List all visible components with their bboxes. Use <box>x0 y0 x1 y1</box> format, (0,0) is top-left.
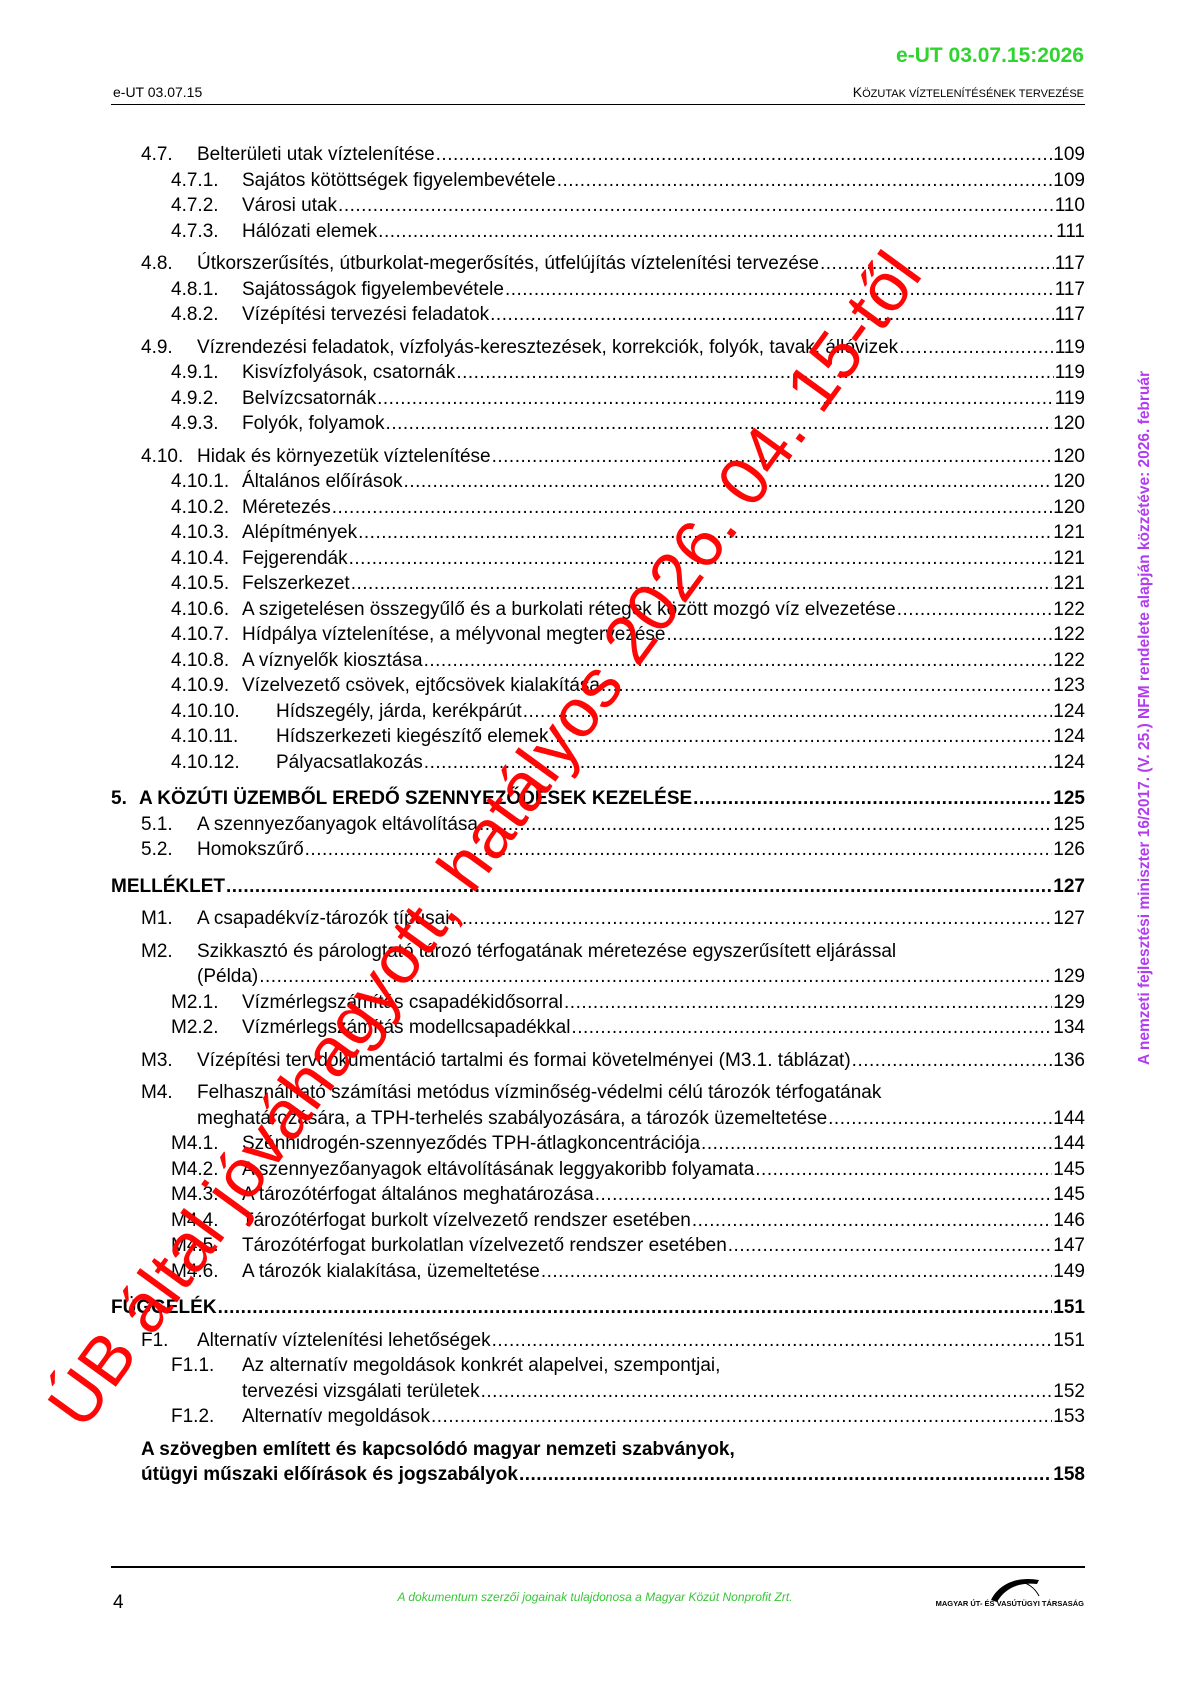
dot-leader <box>218 1295 1053 1321</box>
toc-entry-title: (Példa) <box>197 964 258 990</box>
toc-entry-title: Útkorszerűsítés, útburkolat-megerősítés,… <box>197 251 819 277</box>
dot-leader <box>450 906 1052 932</box>
toc-entry[interactable]: F1.1.Az alternatív megoldások konkrét al… <box>111 1353 1085 1379</box>
toc-entry[interactable]: M4.5.Tározótérfogat burkolatlan vízelvez… <box>111 1233 1085 1259</box>
toc-entry[interactable]: M3.Vízépítési tervdokumentáció tartalmi … <box>111 1048 1085 1074</box>
toc-entry[interactable]: FÜGGELÉK151 <box>111 1295 1085 1321</box>
dot-leader <box>549 724 1052 750</box>
toc-entry-title: Folyók, folyamok <box>242 411 385 437</box>
header-title-initial: K <box>853 84 862 100</box>
toc-entry-title: Tározótérfogat burkolatlan vízelvezető r… <box>242 1233 727 1259</box>
toc-entry-page: 121 <box>1053 571 1085 597</box>
toc-entry-number: 4.9.3. <box>171 411 242 437</box>
toc-entry[interactable]: 4.9.2.Belvízcsatornák119 <box>111 386 1085 412</box>
dot-leader <box>505 277 1054 303</box>
toc-entry-number: 4.8.2. <box>171 302 242 328</box>
footer-rule <box>111 1566 1085 1568</box>
toc-entry[interactable]: F1.Alternatív víztelenítési lehetőségek1… <box>111 1328 1085 1354</box>
toc-entry-number: 4.8.1. <box>171 277 242 303</box>
toc-entry-number: 4.10.7. <box>171 622 242 648</box>
dot-leader <box>897 597 1053 623</box>
dot-leader <box>828 1106 1052 1132</box>
toc-entry-page: 136 <box>1053 1048 1085 1074</box>
toc-entry-number: M4. <box>141 1080 197 1106</box>
toc-entry-number: 4.7.2. <box>171 193 242 219</box>
toc-entry-number: 4.7. <box>141 142 197 168</box>
toc-entry-number: 4.10.4. <box>171 546 242 572</box>
toc-entry-page: 147 <box>1053 1233 1085 1259</box>
dot-leader <box>424 648 1053 674</box>
toc-entry-page: 151 <box>1053 1295 1085 1321</box>
toc-entry-page: 153 <box>1053 1404 1085 1430</box>
publication-side-note: A nemzeti fejlesztési miniszter 16/2017.… <box>1136 371 1154 1065</box>
dot-leader <box>571 1015 1052 1041</box>
toc-entry-page: 134 <box>1053 1015 1085 1041</box>
toc-entry-number: 4.10.3. <box>171 520 242 546</box>
toc-entry[interactable]: M1.A csapadékvíz-tározók típusai127 <box>111 906 1085 932</box>
toc-entry-page: 122 <box>1053 597 1085 623</box>
toc-entry-number: 4.7.1. <box>171 168 242 194</box>
toc-entry-title: Fejgerendák <box>242 546 348 572</box>
dot-leader <box>226 874 1052 900</box>
toc-entry-title: Általános előírások <box>242 469 403 495</box>
toc-entry-number: M2.2. <box>171 1015 242 1041</box>
dot-leader <box>601 673 1052 699</box>
toc-entry-number: M2. <box>141 939 197 965</box>
dot-leader <box>305 837 1053 863</box>
header-left-code: e-UT 03.07.15 <box>113 84 202 100</box>
toc-entry[interactable]: 4.9.3.Folyók, folyamok120 <box>111 411 1085 437</box>
dot-leader <box>692 1208 1052 1234</box>
toc-entry-page: 125 <box>1053 786 1085 812</box>
toc-entry-number: 4.10.5. <box>171 571 242 597</box>
dot-leader <box>456 360 1053 386</box>
toc-entry-page: 121 <box>1053 520 1085 546</box>
toc-entry[interactable]: 4.10.5.Felszerkezet121 <box>111 571 1085 597</box>
toc-entry-title: Belvízcsatornák <box>242 386 376 412</box>
toc-entry-title: Alternatív víztelenítési lehetőségek <box>197 1328 491 1354</box>
toc-entry-page: 125 <box>1053 812 1085 838</box>
toc-entry[interactable]: F1.2.Alternatív megoldások153 <box>111 1404 1085 1430</box>
toc-entry-page: 109 <box>1053 168 1085 194</box>
toc-entry-title: Szikkasztó és párologtató tározó térfoga… <box>197 939 896 965</box>
dot-leader <box>701 1131 1052 1157</box>
toc-entry-title: Sajátosságok figyelembevétele <box>242 277 504 303</box>
toc-entry-title: Sajátos kötöttségek figyelembevétele <box>242 168 556 194</box>
toc-entry-page: 123 <box>1053 673 1085 699</box>
toc-entry[interactable]: 5.2.Homokszűrő126 <box>111 837 1085 863</box>
toc-entry-title: Tározótérfogat burkolt vízelvezető rends… <box>242 1208 691 1234</box>
logo-text: MAGYAR ÚT- ÉS VASÚTÜGYI TÁRSASÁG <box>936 1599 1084 1608</box>
toc-entry[interactable]: 4.7.1.Sajátos kötöttségek figyelembevéte… <box>111 168 1085 194</box>
toc-entry-title: Hídszegély, járda, kerékpárút <box>276 699 522 725</box>
publisher-logo: MAGYAR ÚT- ÉS VASÚTÜGYI TÁRSASÁG <box>934 1574 1084 1614</box>
toc-entry-title: Homokszűrő <box>197 837 304 863</box>
dot-leader <box>595 1182 1053 1208</box>
toc-entry-page: 117 <box>1055 251 1085 277</box>
standard-code: e-UT 03.07.15:2026 <box>896 44 1084 68</box>
toc-entry[interactable]: (Példa)129 <box>111 964 1085 990</box>
toc-entry-page: 111 <box>1056 219 1085 245</box>
toc-entry[interactable]: tervezési vizsgálati területek152 <box>111 1379 1085 1405</box>
toc-entry-page: 129 <box>1053 964 1085 990</box>
toc-entry-number: F1.2. <box>171 1404 242 1430</box>
toc-entry-number: M3. <box>141 1048 197 1074</box>
toc-entry-page: 144 <box>1053 1131 1085 1157</box>
toc-entry-number: 4.10. <box>141 444 197 470</box>
toc-entry[interactable]: 4.10.2.Méretezés120 <box>111 495 1085 521</box>
toc-entry-title: MELLÉKLET <box>111 874 225 900</box>
toc-entry-title: A szennyezőanyagok eltávolítása <box>197 812 478 838</box>
toc-entry-page: 151 <box>1053 1328 1085 1354</box>
toc-entry-page: 109 <box>1053 142 1085 168</box>
toc-entry-title: útügyi műszaki előírások és jogszabályok <box>141 1462 518 1488</box>
table-of-contents: 4.7.Belterületi utak víztelenítése1094.7… <box>111 142 1085 1488</box>
dot-leader <box>492 1328 1053 1354</box>
toc-entry-page: 119 <box>1055 335 1085 361</box>
toc-entry[interactable]: 4.8.1.Sajátosságok figyelembevétele117 <box>111 277 1085 303</box>
toc-entry-title: Méretezés <box>242 495 331 521</box>
toc-entry-number: 5. <box>111 786 139 812</box>
dot-leader <box>338 193 1054 219</box>
toc-entry[interactable]: 4.10.Hidak és környezetük víztelenítése1… <box>111 444 1085 470</box>
toc-entry-page: 145 <box>1053 1182 1085 1208</box>
dot-leader <box>431 1404 1052 1430</box>
toc-entry-page: 127 <box>1053 874 1085 900</box>
toc-entry-number: 5.2. <box>141 837 197 863</box>
toc-entry[interactable]: A szövegben említett és kapcsolódó magya… <box>111 1437 1085 1463</box>
toc-entry-page: 120 <box>1053 469 1085 495</box>
toc-entry[interactable]: 4.9.1.Kisvízfolyások, csatornák119 <box>111 360 1085 386</box>
toc-entry-number: M2.1. <box>171 990 242 1016</box>
toc-entry-title: tervezési vizsgálati területek <box>242 1379 480 1405</box>
toc-entry-number: F1.1. <box>171 1353 242 1379</box>
toc-entry[interactable]: 4.8.2.Vízépítési tervezési feladatok117 <box>111 302 1085 328</box>
toc-entry-number: 4.10.8. <box>171 648 242 674</box>
toc-entry-number: 4.10.6. <box>171 597 242 623</box>
toc-entry-title: Alternatív megoldások <box>242 1404 430 1430</box>
toc-entry-title: Kisvízfolyások, csatornák <box>242 360 455 386</box>
toc-entry[interactable]: 4.10.12.Pályacsatlakozás124 <box>111 750 1085 776</box>
toc-entry-number: 4.10.1. <box>171 469 242 495</box>
header-document-title: KÖZUTAK VÍZTELENÍTÉSÉNEK TERVEZÉSE <box>853 84 1084 100</box>
toc-entry-number: 4.10.10. <box>171 699 276 725</box>
toc-entry[interactable]: 4.10.4.Fejgerendák121 <box>111 546 1085 572</box>
toc-entry-page: 124 <box>1053 699 1085 725</box>
toc-entry-title: A szennyezőanyagok eltávolításának leggy… <box>242 1157 754 1183</box>
dot-leader <box>377 386 1054 412</box>
toc-entry-title: Pályacsatlakozás <box>276 750 423 776</box>
toc-entry[interactable]: 4.10.1.Általános előírások120 <box>111 469 1085 495</box>
toc-entry-number: 5.1. <box>141 812 197 838</box>
toc-entry-page: 129 <box>1053 990 1085 1016</box>
toc-entry-page: 110 <box>1055 193 1085 219</box>
toc-entry-title: Városi utak <box>242 193 337 219</box>
toc-entry-page: 144 <box>1053 1106 1085 1132</box>
toc-entry[interactable]: 4.10.3.Alépítmények121 <box>111 520 1085 546</box>
toc-entry[interactable]: M4.6.A tározók kialakítása, üzemeltetése… <box>111 1259 1085 1285</box>
header-rule <box>111 104 1085 105</box>
toc-entry-page: 120 <box>1053 411 1085 437</box>
toc-entry-page: 146 <box>1053 1208 1085 1234</box>
toc-entry[interactable]: 4.7.Belterületi utak víztelenítése109 <box>111 142 1085 168</box>
toc-entry-page: 119 <box>1055 360 1085 386</box>
toc-entry-number: M1. <box>141 906 197 932</box>
toc-entry[interactable]: M2.2.Vízmérlegszámítás modellcsapadékkal… <box>111 1015 1085 1041</box>
dot-leader <box>667 622 1053 648</box>
toc-entry-title: A szövegben említett és kapcsolódó magya… <box>141 1437 735 1463</box>
toc-entry-number: 4.7.3. <box>171 219 242 245</box>
toc-entry-title: Vízépítési tervezési feladatok <box>242 302 489 328</box>
toc-entry-title: Az alternatív megoldások konkrét alapelv… <box>242 1353 720 1379</box>
toc-entry[interactable]: MELLÉKLET127 <box>111 874 1085 900</box>
toc-entry-title: A tározók kialakítása, üzemeltetése <box>242 1259 540 1285</box>
dot-leader <box>436 142 1053 168</box>
toc-entry-page: 117 <box>1055 277 1085 303</box>
toc-entry-page: 145 <box>1053 1157 1085 1183</box>
dot-leader <box>490 302 1054 328</box>
toc-entry-number: 4.10.2. <box>171 495 242 521</box>
toc-entry-page: 119 <box>1055 386 1085 412</box>
dot-leader <box>519 1462 1052 1488</box>
toc-entry-title: Alépítmények <box>242 520 357 546</box>
dot-leader <box>557 168 1053 194</box>
toc-entry-title: A tározótérfogat általános meghatározása <box>242 1182 594 1208</box>
dot-leader <box>693 786 1052 812</box>
toc-entry-title: Belterületi utak víztelenítése <box>197 142 435 168</box>
toc-entry-page: 126 <box>1053 837 1085 863</box>
dot-leader <box>481 1379 1053 1405</box>
toc-entry-page: 152 <box>1053 1379 1085 1405</box>
toc-entry-page: 158 <box>1053 1462 1085 1488</box>
toc-entry-page: 121 <box>1053 546 1085 572</box>
toc-entry-title: A KÖZÚTI ÜZEMBŐL EREDŐ SZENNYEZŐDÉSEK KE… <box>139 786 692 812</box>
header-title-rest: ÖZUTAK VÍZTELENÍTÉSÉNEK TERVEZÉSE <box>862 88 1084 100</box>
toc-entry[interactable]: 5.A KÖZÚTI ÜZEMBŐL EREDŐ SZENNYEZŐDÉSEK … <box>111 786 1085 812</box>
toc-entry[interactable]: 5.1.A szennyezőanyagok eltávolítása125 <box>111 812 1085 838</box>
toc-entry-page: 120 <box>1053 495 1085 521</box>
toc-entry[interactable]: M2.Szikkasztó és párologtató tározó térf… <box>111 939 1085 965</box>
toc-entry-page: 122 <box>1053 622 1085 648</box>
toc-entry[interactable]: 4.9.Vízrendezési feladatok, vízfolyás-ke… <box>111 335 1085 361</box>
toc-entry[interactable]: 4.8.Útkorszerűsítés, útburkolat-megerősí… <box>111 251 1085 277</box>
toc-entry-title: A víznyelők kiosztása <box>242 648 423 674</box>
toc-entry-number: 4.10.9. <box>171 673 242 699</box>
toc-entry-page: 127 <box>1053 906 1085 932</box>
dot-leader <box>899 335 1054 361</box>
dot-leader <box>755 1157 1052 1183</box>
toc-entry-title: Hálózati elemek <box>242 219 377 245</box>
toc-entry-title: A szigetelésen összegyűlő és a burkolati… <box>242 597 896 623</box>
toc-entry-title: Hidak és környezetük víztelenítése <box>197 444 491 470</box>
dot-leader <box>852 1048 1053 1074</box>
toc-entry-page: 122 <box>1053 648 1085 674</box>
dot-leader <box>541 1259 1052 1285</box>
toc-entry-number: 4.9.1. <box>171 360 242 386</box>
toc-entry[interactable]: M2.1.Vízmérlegszámítás csapadékidősorral… <box>111 990 1085 1016</box>
dot-leader <box>378 219 1055 245</box>
dot-leader <box>386 411 1053 437</box>
toc-entry-page: 124 <box>1053 724 1085 750</box>
toc-entry[interactable]: útügyi műszaki előírások és jogszabályok… <box>111 1462 1085 1488</box>
dot-leader <box>728 1233 1053 1259</box>
dot-leader <box>564 990 1052 1016</box>
toc-entry-page: 124 <box>1053 750 1085 776</box>
toc-entry-number: 4.10.11. <box>171 724 276 750</box>
toc-entry-page: 120 <box>1053 444 1085 470</box>
toc-entry-number: 4.10.12. <box>171 750 276 776</box>
toc-entry-title: Felszerkezet <box>242 571 350 597</box>
toc-entry-number: 4.9.2. <box>171 386 242 412</box>
dot-leader <box>479 812 1052 838</box>
toc-entry-page: 117 <box>1055 302 1085 328</box>
toc-entry-number: 4.9. <box>141 335 197 361</box>
toc-entry-number: 4.8. <box>141 251 197 277</box>
toc-entry-page: 149 <box>1053 1259 1085 1285</box>
toc-entry[interactable]: 4.7.2.Városi utak110 <box>111 193 1085 219</box>
toc-entry[interactable]: 4.7.3.Hálózati elemek111 <box>111 219 1085 245</box>
